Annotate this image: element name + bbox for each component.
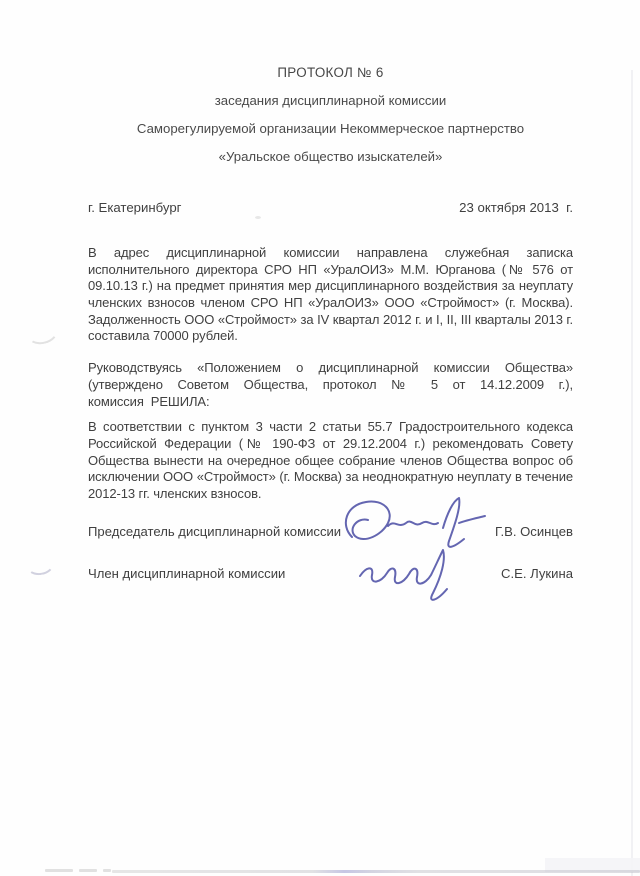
paragraph-line: В соответствии с пунктом 3 части 2 стать… <box>88 419 573 436</box>
scan-artifact-bottom-line <box>112 870 640 873</box>
signature-row-member: Член дисциплинарной комиссии С.Е. Лукина <box>88 565 573 582</box>
document-content: ПРОТОКОЛ № 6 заседания дисциплинарной ко… <box>0 0 640 582</box>
scan-artifact-right-edge <box>631 70 633 876</box>
scan-artifact-speck <box>255 216 261 219</box>
document-subtitle-line-3: «Уральское общество изыскателей» <box>88 148 573 165</box>
paragraph-line: составила 70000 рублей. <box>88 328 573 345</box>
paragraph-line: исключении ООО «Строймост» (г. Москва) з… <box>88 469 573 486</box>
signature-name-chairman: Г.В. Осинцев <box>495 523 573 540</box>
document-subtitle-line-1: заседания дисциплинарной комиссии <box>88 92 573 109</box>
paragraph-line: Общества вынести на очередное общее собр… <box>88 453 573 470</box>
paragraph-line: Руководствуясь «Положением о дисциплинар… <box>88 360 573 377</box>
document-subtitle-line-2: Саморегулируемой организации Некоммерчес… <box>88 120 573 137</box>
document-title: ПРОТОКОЛ № 6 <box>88 64 573 81</box>
paragraph-2: Руководствуясь «Положением о дисциплинар… <box>88 360 573 410</box>
paragraph-line: В адрес дисциплинарной комиссии направле… <box>88 245 573 262</box>
paragraph-line: 2012-13 гг. членских взносов. <box>88 486 573 503</box>
paragraph-line: членских взносов членом СРО НП «УралОИЗ»… <box>88 295 573 312</box>
signature-role-chairman: Председатель дисциплинарной комиссии <box>88 523 341 540</box>
date-label: 23 октября 2013 г. <box>459 199 573 216</box>
paragraph-line: Российской Федерации (№ 190-ФЗ от 29.12.… <box>88 436 573 453</box>
paragraph-line: исполнительного директора СРО НП «УралОИ… <box>88 262 573 279</box>
paragraph-3: В соответствии с пунктом 3 части 2 стать… <box>88 419 573 502</box>
paragraph-line: Задолженность ООО «Строймост» за IV квар… <box>88 312 573 329</box>
signature-row-chairman: Председатель дисциплинарной комиссии Г.В… <box>88 523 573 540</box>
signature-role-member: Член дисциплинарной комиссии <box>88 565 285 582</box>
paragraph-line: (утверждено Советом Общества, протокол №… <box>88 377 573 394</box>
paragraph-line: комиссия РЕШИЛА: <box>88 394 573 411</box>
place-date-row: г. Екатеринбург 23 октября 2013 г. <box>88 199 573 216</box>
paragraph-line: 09.10.13 г.) на предмет принятия мер дис… <box>88 278 573 295</box>
scan-artifact-bottom-dash <box>45 869 73 872</box>
scan-artifact-bottom-dash <box>79 869 97 872</box>
paragraph-1: В адрес дисциплинарной комиссии направле… <box>88 245 573 345</box>
document-page: ПРОТОКОЛ № 6 заседания дисциплинарной ко… <box>0 0 640 876</box>
place-label: г. Екатеринбург <box>88 199 182 216</box>
signature-name-member: С.Е. Лукина <box>501 565 573 582</box>
scan-artifact-bottom-dash <box>103 869 111 872</box>
